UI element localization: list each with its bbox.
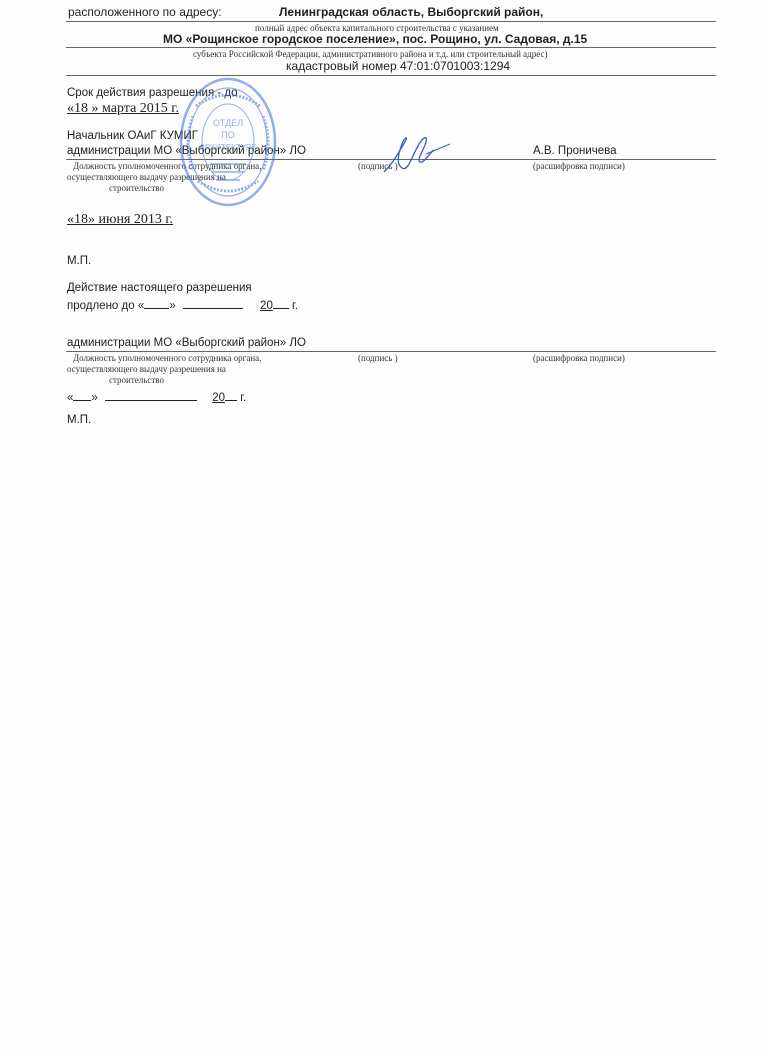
second-hint-signature: (подпись ) (358, 353, 398, 363)
divider (66, 21, 716, 22)
validity-label: Срок действия разрешения - до (67, 87, 238, 99)
cadastral-number: кадастровый номер 47:01:0701003:1294 (286, 59, 510, 73)
validity-date: «18 » марта 2015 г. (67, 101, 179, 117)
address-line-2: МО «Рощинское городское поселение», пос.… (163, 32, 587, 46)
second-hint-position-2: осуществляющего выдачу разрешения на (67, 364, 226, 374)
second-signatory-position: администрации МО «Выборгский район» ЛО (67, 337, 306, 349)
hint-signature: (подпись ) (358, 161, 398, 171)
seal-placeholder-2: М.П. (67, 414, 91, 426)
second-signature-line (66, 351, 716, 352)
second-hint-name: (расшифровка подписи) (533, 353, 625, 363)
extension-day-field[interactable] (144, 297, 169, 309)
second-hint-position-1: Должность уполномоченного сотрудника орг… (73, 353, 261, 363)
second-month-field[interactable] (105, 389, 197, 401)
extension-label: Действие настоящего разрешения (67, 282, 252, 294)
second-day-field[interactable] (73, 389, 91, 401)
divider (66, 75, 716, 76)
address-line-1: Ленинградская область, Выборгский район, (279, 5, 543, 19)
second-year-prefix: 20 (212, 392, 225, 404)
signatory-position-1: Начальник ОАиГ КУМИГ (67, 130, 198, 142)
hint-position-3: строительство (109, 183, 164, 193)
stamp-text-1: ОТДЕЛ (213, 118, 243, 128)
address-label: расположенного по адресу: (68, 5, 222, 19)
extension-year-suffix: г. (289, 300, 298, 312)
extension-year-prefix: 20 (260, 300, 273, 312)
second-date-close: » (91, 392, 97, 404)
signatory-position-2: администрации МО «Выборгский район» ЛО (67, 145, 306, 157)
extension-quote-close: » (169, 300, 175, 312)
extension-date-row: продлено до «» 20 г. (67, 297, 298, 312)
second-year-suffix: г. (237, 392, 246, 404)
extension-month-field[interactable] (183, 297, 243, 309)
hint-position-2: осуществляющего выдачу разрешения на (67, 172, 226, 182)
hint-position-1: Должность уполномоченного сотрудника орг… (73, 161, 261, 171)
issue-date: «18» июня 2013 г. (67, 212, 173, 228)
hint-name: (расшифровка подписи) (533, 161, 625, 171)
divider (66, 47, 716, 48)
extension-year-field[interactable] (273, 297, 289, 309)
second-hint-position-3: строительство (109, 375, 164, 385)
address-hint-2: субъекта Российской Федерации, администр… (193, 49, 547, 59)
seal-placeholder-1: М.П. (67, 255, 91, 267)
extension-prefix: продлено до « (67, 300, 144, 312)
signature-line (66, 159, 716, 160)
second-year-field[interactable] (225, 389, 237, 401)
second-date-row: «» 20 г. (67, 389, 246, 404)
signatory-name: А.В. Проничева (533, 145, 617, 157)
stamp-text-2: ПО (221, 130, 234, 140)
